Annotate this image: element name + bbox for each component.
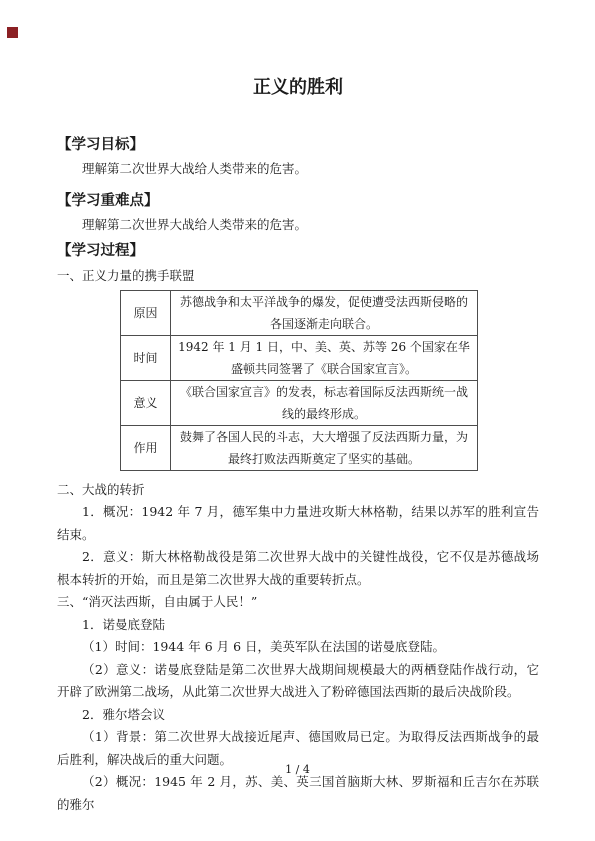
goals-paragraph: 理解第二次世界大战给人类带来的危害。: [57, 158, 539, 181]
part2-paragraph-1: 1．概况：1942 年 7 月，德军集中力量进攻斯大林格勒，结果以苏军的胜利宣告…: [57, 501, 539, 546]
part3-item2-paragraph-2: （2）概况：1945 年 2 月，苏、美、英三国首脑斯大林、罗斯福和丘吉尔在苏联…: [57, 771, 539, 816]
study-table: 原因 苏德战争和太平洋战争的爆发，促使遭受法西斯侵略的各国逐渐走向联合。 时间 …: [120, 290, 478, 471]
table-row: 时间 1942 年 1 月 1 日，中、美、英、苏等 26 个国家在华盛顿共同签…: [121, 335, 478, 380]
row-content-cell: 苏德战争和太平洋战争的爆发，促使遭受法西斯侵略的各国逐渐走向联合。: [171, 290, 478, 335]
part3-item1-title: 1．诺曼底登陆: [57, 614, 539, 637]
part3-item1-paragraph-2: （2）意义：诺曼底登陆是第二次世界大战期间规模最大的两栖登陆作战行动，它开辟了欧…: [57, 659, 539, 704]
section-header-goals: 【学习目标】: [57, 135, 539, 155]
page-title: 正义的胜利: [57, 77, 539, 99]
corner-watermark-square: [7, 27, 18, 38]
part2-heading: 二、大战的转折: [57, 479, 539, 502]
row-label-cell: 原因: [121, 290, 171, 335]
section-header-keypoints: 【学习重难点】: [57, 191, 539, 211]
part3-heading: 三、“消灭法西斯，自由属于人民！”: [57, 591, 539, 614]
row-content-cell: 鼓舞了各国人民的斗志，大大增强了反法西斯力量，为最终打败法西斯奠定了坚实的基础。: [171, 425, 478, 470]
table-row: 作用 鼓舞了各国人民的斗志，大大增强了反法西斯力量，为最终打败法西斯奠定了坚实的…: [121, 425, 478, 470]
table-row: 意义 《联合国家宣言》的发表，标志着国际反法西斯统一战线的最终形成。: [121, 380, 478, 425]
table-row: 原因 苏德战争和太平洋战争的爆发，促使遭受法西斯侵略的各国逐渐走向联合。: [121, 290, 478, 335]
page-number: 1 / 4: [0, 763, 595, 776]
document-page: 正义的胜利 【学习目标】 理解第二次世界大战给人类带来的危害。 【学习重难点】 …: [0, 0, 595, 841]
row-label-cell: 时间: [121, 335, 171, 380]
part2-paragraph-2: 2．意义：斯大林格勒战役是第二次世界大战中的关键性战役，它不仅是苏德战场根本转折…: [57, 546, 539, 591]
keypoints-paragraph: 理解第二次世界大战给人类带来的危害。: [57, 214, 539, 237]
section-header-process: 【学习过程】: [57, 241, 539, 261]
row-content-cell: 《联合国家宣言》的发表，标志着国际反法西斯统一战线的最终形成。: [171, 380, 478, 425]
row-label-cell: 意义: [121, 380, 171, 425]
row-label-cell: 作用: [121, 425, 171, 470]
row-content-cell: 1942 年 1 月 1 日，中、美、英、苏等 26 个国家在华盛顿共同签署了《…: [171, 335, 478, 380]
part1-heading: 一、正义力量的携手联盟: [57, 265, 539, 288]
part3-item1-paragraph-1: （1）时间：1944 年 6 月 6 日，美英军队在法国的诺曼底登陆。: [57, 636, 539, 659]
page-content: 正义的胜利 【学习目标】 理解第二次世界大战给人类带来的危害。 【学习重难点】 …: [57, 0, 539, 816]
part3-item2-title: 2．雅尔塔会议: [57, 704, 539, 727]
